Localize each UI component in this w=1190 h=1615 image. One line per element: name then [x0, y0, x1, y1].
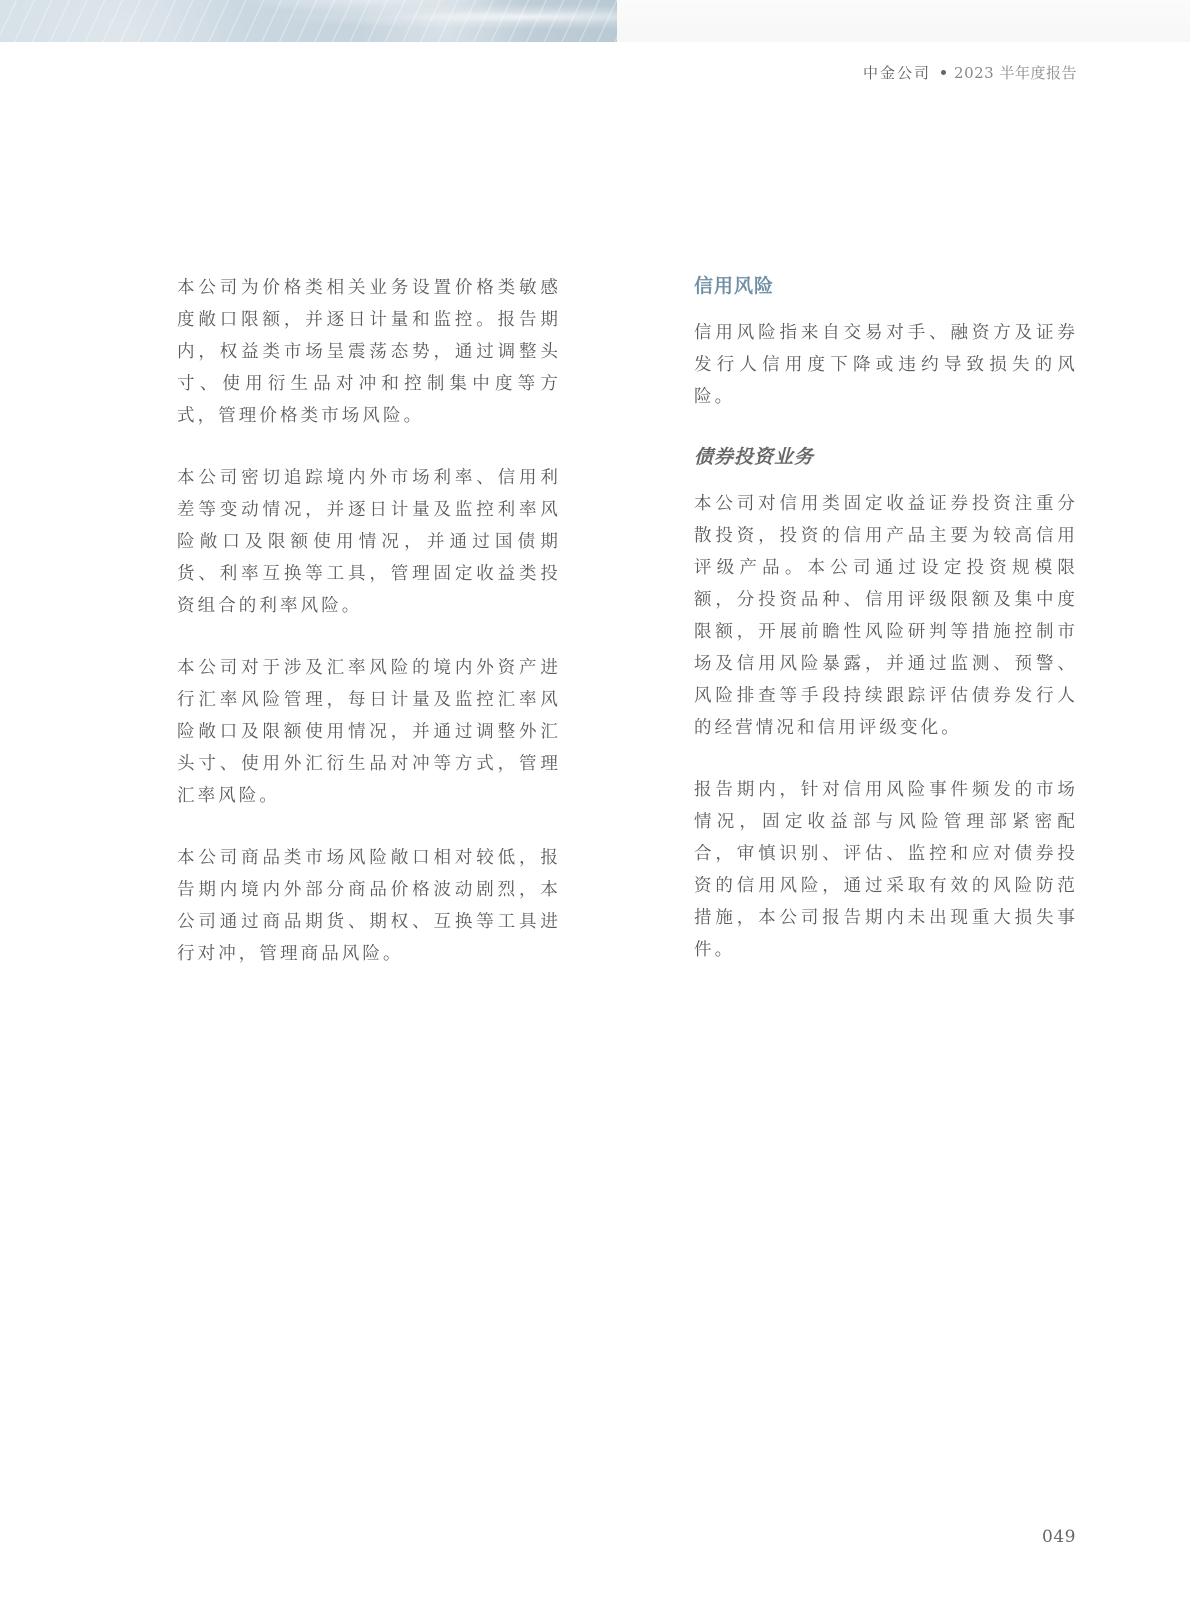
paragraph-interest-rate-risk: 本公司密切追踪境内外市场利率、信用利差等变动情况，并逐日计量及监控利率风险敞口及…	[177, 462, 561, 622]
header-banner-image	[0, 0, 617, 42]
company-name: 中金公司	[863, 64, 931, 82]
paragraph-commodity-risk: 本公司商品类市场风险敞口相对较低，报告期内境内外部分商品价格波动剧烈，本公司通过…	[177, 842, 561, 970]
report-title: 2023 半年度报告	[954, 64, 1077, 82]
header-band	[617, 0, 1190, 42]
running-header: 中金公司2023 半年度报告	[863, 62, 1077, 83]
right-column: 信用风险 信用风险指来自交易对手、融资方及证券发行人信用度下降或违约导致损失的风…	[694, 272, 1078, 996]
section-title-credit-risk: 信用风险	[694, 272, 1078, 300]
paragraph-fx-risk: 本公司对于涉及汇率风险的境内外资产进行汇率风险管理，每日计量及监控汇率风险敞口及…	[177, 652, 561, 812]
paragraph-credit-risk-definition: 信用风险指来自交易对手、融资方及证券发行人信用度下降或违约导致损失的风险。	[694, 317, 1078, 413]
paragraph-reporting-period: 报告期内，针对信用风险事件频发的市场情况，固定收益部与风险管理部紧密配合，审慎识…	[694, 774, 1078, 966]
paragraph-price-risk: 本公司为价格类相关业务设置价格类敏感度敞口限额，并逐日计量和监控。报告期内，权益…	[177, 272, 561, 432]
subsection-title-bond-investment: 债券投资业务	[694, 443, 1078, 471]
bullet-separator-icon	[941, 70, 946, 75]
page-number: 049	[1042, 1527, 1076, 1547]
paragraph-bond-investment: 本公司对信用类固定收益证券投资注重分散投资，投资的信用产品主要为较高信用评级产品…	[694, 488, 1078, 744]
left-column: 本公司为价格类相关业务设置价格类敏感度敞口限额，并逐日计量和监控。报告期内，权益…	[177, 272, 561, 1000]
